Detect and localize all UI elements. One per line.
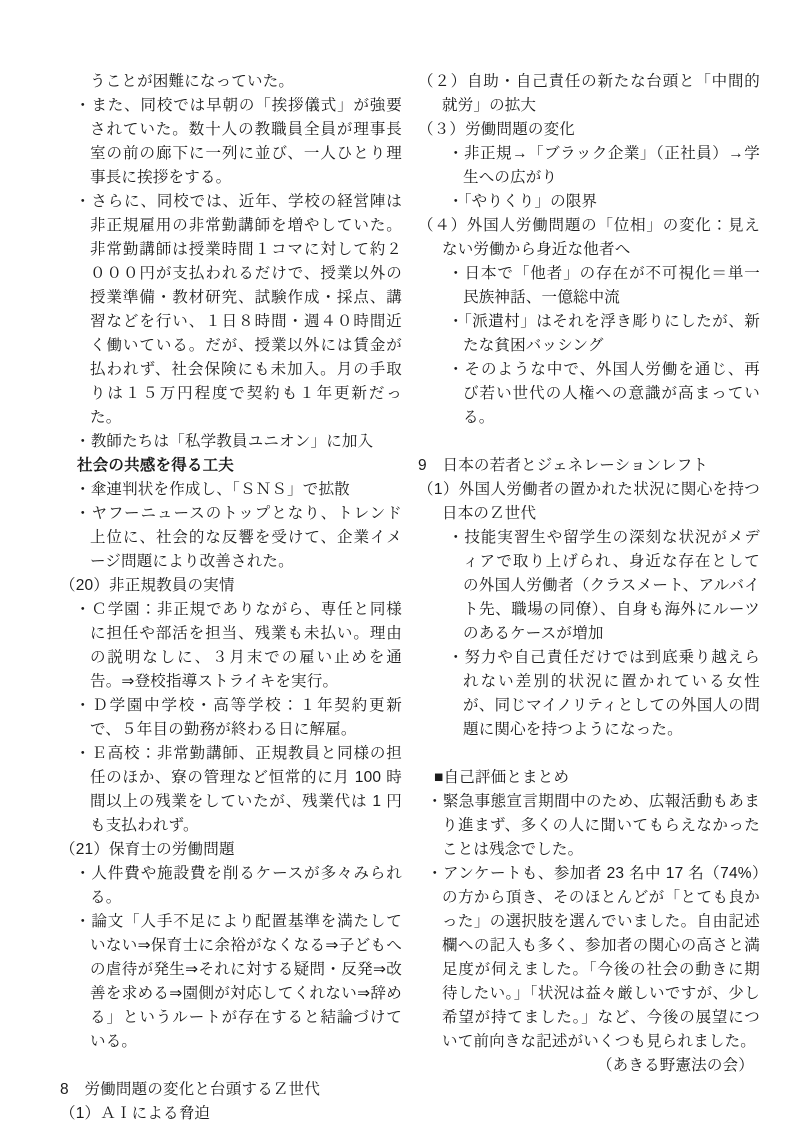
numbered-item: （1）ＡＩによる脅迫 xyxy=(60,1102,402,1123)
section-heading: 9 日本の若者とジェネレーションレフト xyxy=(418,454,760,478)
subheading: 社会の共感を得る工夫 xyxy=(60,454,402,478)
numbered-item: （20）非正規教員の実情 xyxy=(60,574,402,598)
bullet-item: ・緊急事態宣言期間中のため、広報活動もあまり進まず、多くの人に聞いてもらえなかっ… xyxy=(418,790,760,862)
blank-line xyxy=(418,742,760,766)
blank-line xyxy=(60,1054,402,1078)
bullet-item: ・日本で「他者」の存在が不可視化＝単一民族神話、一億総中流 xyxy=(418,262,760,310)
bullet-item: ・人件費や施設費を削るケースが多々みられる。 xyxy=(60,862,402,910)
bullet-item: ・「派遣村」はそれを浮き彫りにしたが、新たな貧困バッシング xyxy=(418,310,760,358)
continuation-line: うことが困難になっていた。 xyxy=(60,70,402,94)
numbered-item: （２）自助・自己責任の新たな台頭と「中間的就労」の拡大 xyxy=(418,70,760,118)
bullet-item: ・Ｄ学園中学校・高等学校：１年契約更新で、５年目の勤務が終わる日に解雇。 xyxy=(60,694,402,742)
section-heading: 8 労働問題の変化と台頭するＺ世代 xyxy=(60,1078,402,1102)
numbered-item: （３）労働問題の変化 xyxy=(418,118,760,142)
two-column-layout: うことが困難になっていた。・また、同校では早朝の「挨拶儀式」が強要されていた。数… xyxy=(60,70,760,1123)
bullet-item: ・「やりくり」の限界 xyxy=(418,190,760,214)
blank-line xyxy=(418,430,760,454)
bullet-item: ・アンケートも、参加者 23 名中 17 名（74%）の方から頂き、そのほとんど… xyxy=(418,862,760,1054)
right-column: （２）自助・自己責任の新たな台頭と「中間的就労」の拡大（３）労働問題の変化・非正… xyxy=(418,70,760,1123)
bullet-item: ・非正規→「ブラック企業」（正社員）→学生への広がり xyxy=(418,142,760,190)
document-page: うことが困難になっていた。・また、同校では早朝の「挨拶儀式」が強要されていた。数… xyxy=(0,0,794,1123)
bullet-item: ・Ｃ学園：非正規でありながら、専任と同様に担任や部活を担当、残業も未払い。理由の… xyxy=(60,598,402,694)
bullet-item: ・ヤフーニュースのトップとなり、トレンド上位に、社会的な反響を受けて、企業イメー… xyxy=(60,502,402,574)
attribution: （あきる野憲法の会） xyxy=(418,1054,760,1078)
numbered-item: （21）保育士の労働問題 xyxy=(60,838,402,862)
bullet-item: ・技能実習生や留学生の深刻な状況がメディアで取り上げられ、身近な存在としての外国… xyxy=(418,526,760,646)
bullet-item: ・教師たちは「私学教員ユニオン」に加入 xyxy=(60,430,402,454)
numbered-item: （1）外国人労働者の置かれた状況に関心を持つ日本のＺ世代 xyxy=(418,478,760,526)
bullet-item: ・また、同校では早朝の「挨拶儀式」が強要されていた。数十人の教職員全員が理事長室… xyxy=(60,94,402,190)
summary-heading: ■自己評価とまとめ xyxy=(418,766,760,790)
bullet-item: ・さらに、同校では、近年、学校の経営陣は非正規雇用の非常勤講師を増やしていた。非… xyxy=(60,190,402,430)
bullet-item: ・そのような中で、外国人労働を通じ、再び若い世代の人権への意識が高まっている。 xyxy=(418,358,760,430)
bullet-item: ・傘連判状を作成し、「ＳＮＳ」で拡散 xyxy=(60,478,402,502)
bullet-item: ・論文「人手不足により配置基準を満たしていない⇒保育士に余裕がなくなる⇒子どもへ… xyxy=(60,910,402,1054)
numbered-item: （４）外国人労働問題の「位相」の変化：見えない労働から身近な他者へ xyxy=(418,214,760,262)
bullet-item: ・努力や自己責任だけでは到底乗り越えられない差別的状況に置かれている女性が、同じ… xyxy=(418,646,760,742)
left-column: うことが困難になっていた。・また、同校では早朝の「挨拶儀式」が強要されていた。数… xyxy=(60,70,402,1123)
bullet-item: ・Ｅ高校：非常勤講師、正規教員と同様の担任のほか、寮の管理など恒常的に月 100… xyxy=(60,742,402,838)
